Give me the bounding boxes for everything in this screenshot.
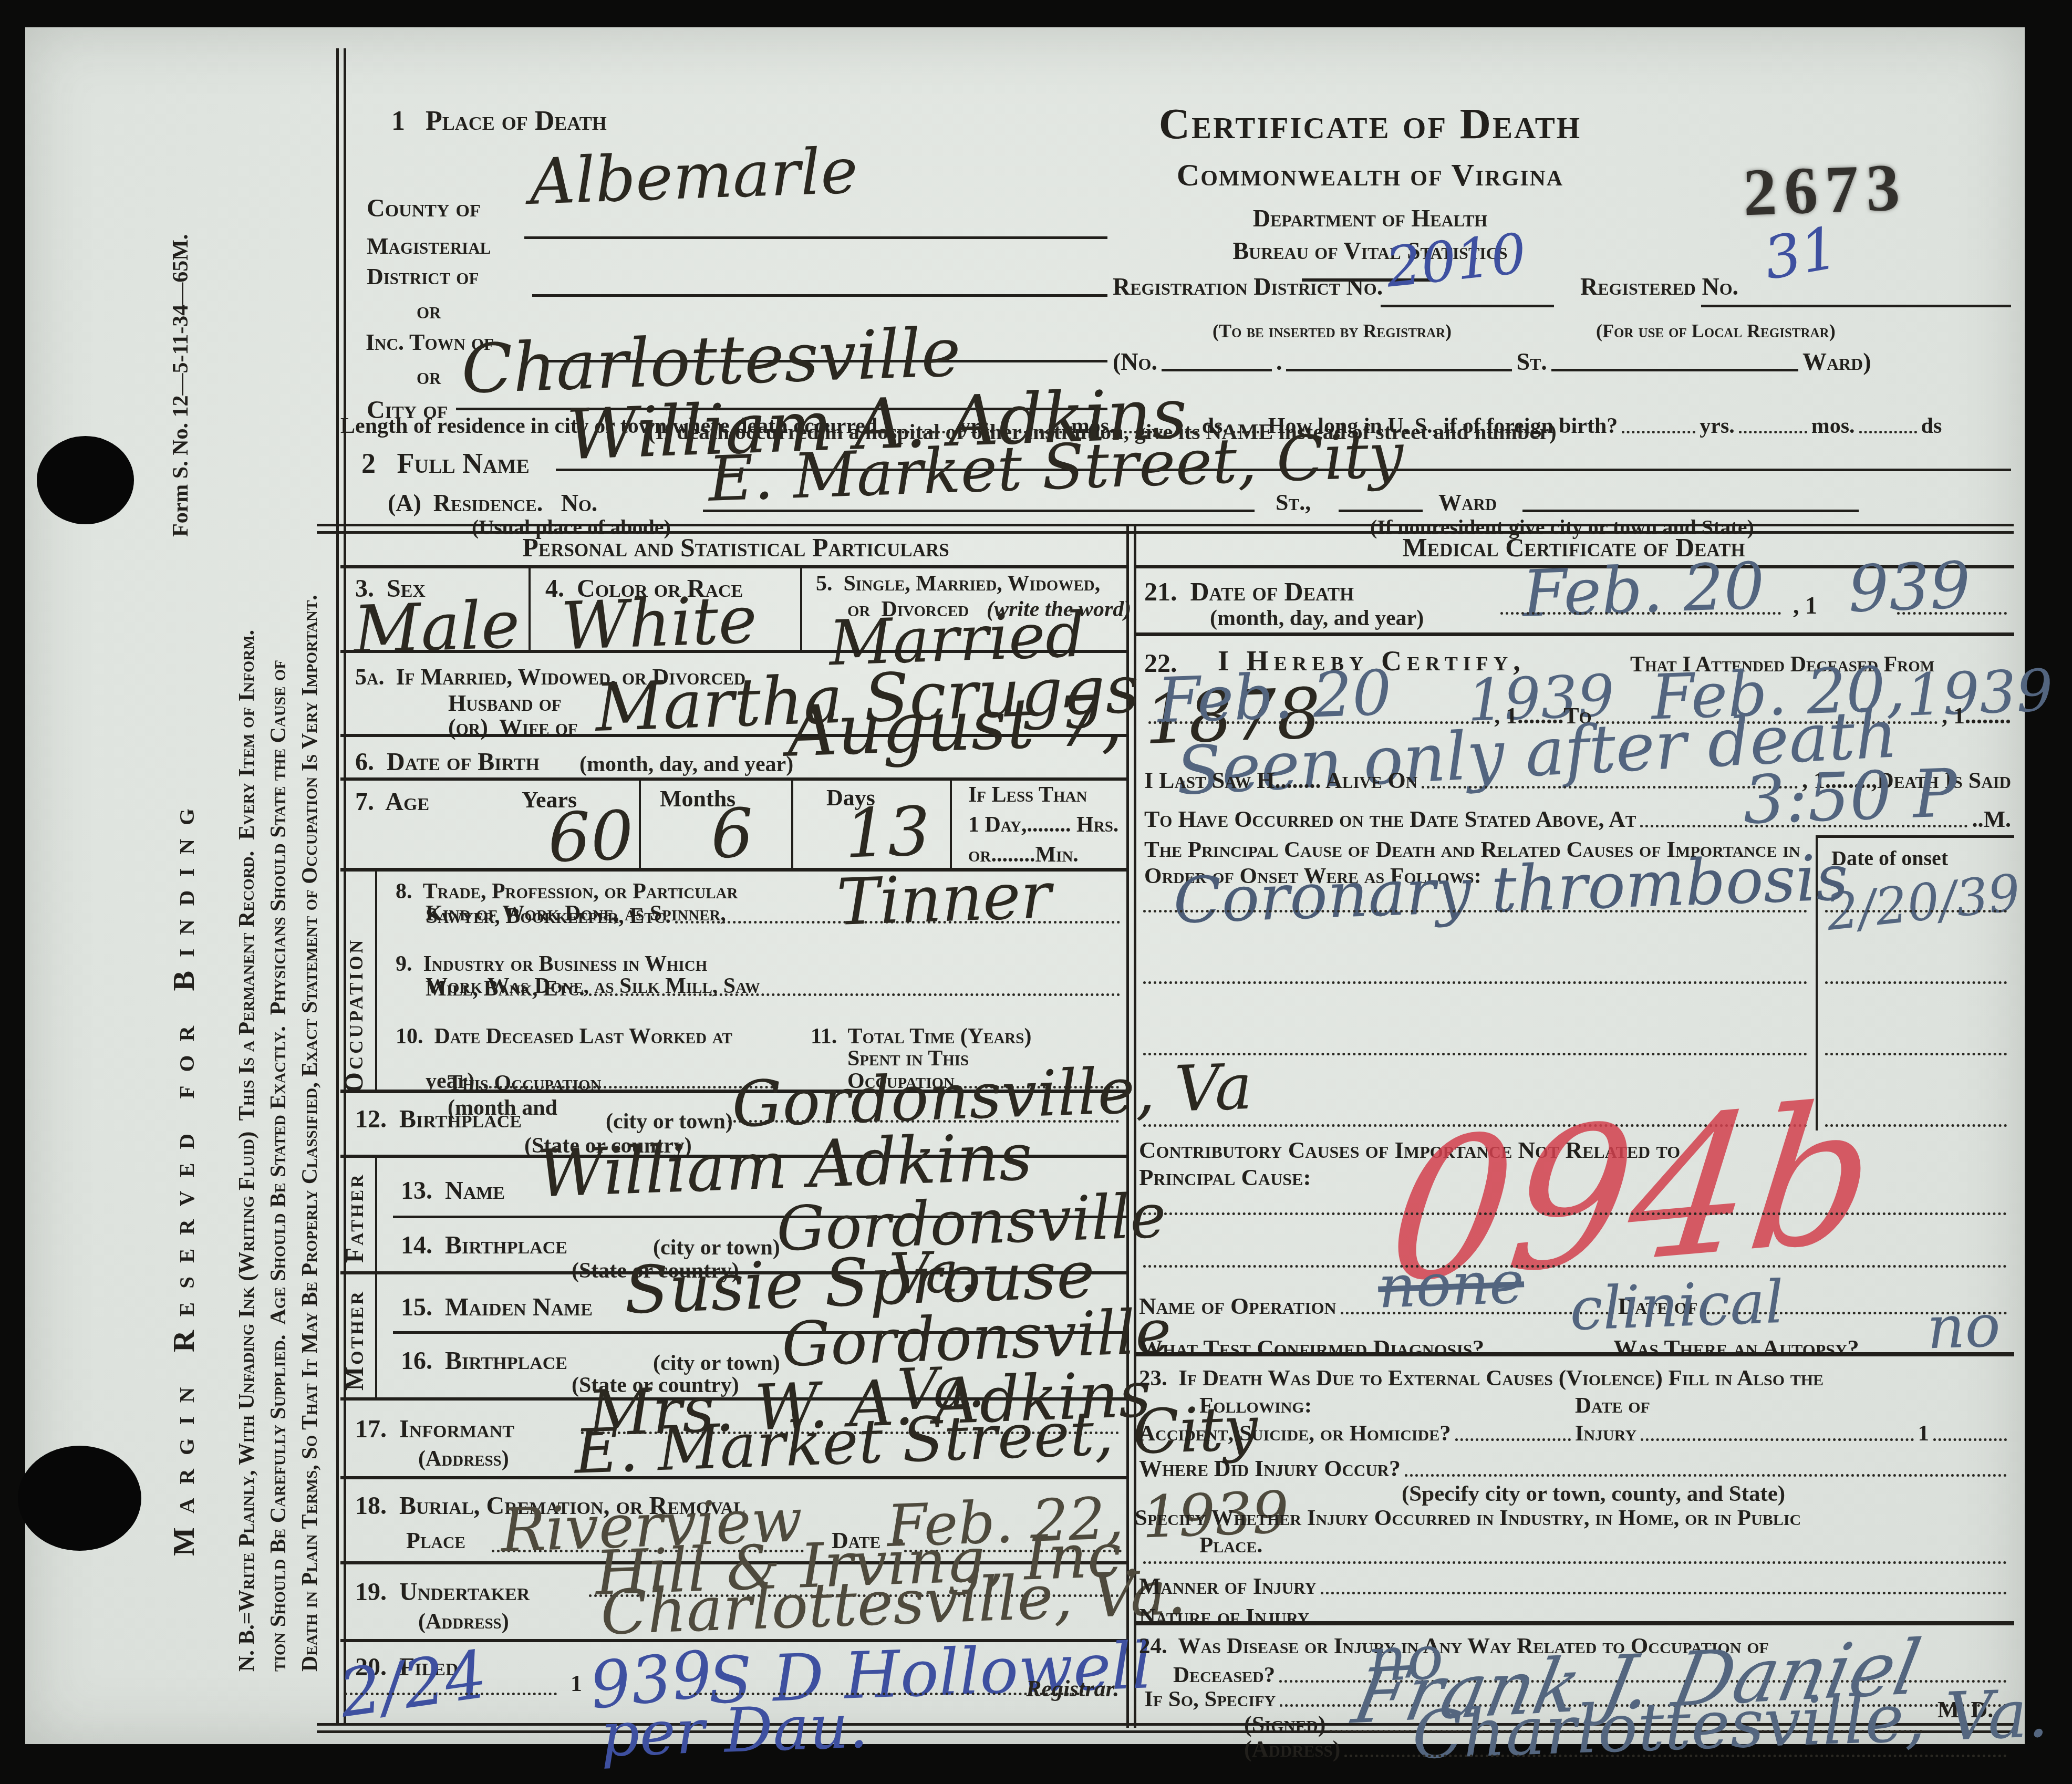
father-birthplace-label: 14. Birthplace [401,1231,567,1260]
or-label-2: or [417,364,441,389]
age-days-value: 13 [844,798,931,868]
date-of-onset-value: 2/20/39 [1824,867,2023,938]
father-name-label: 13. Name [401,1177,505,1205]
place-of-death-label: 1 Place of Death [391,106,607,137]
injury-year-prefix: 1 [1918,1420,1930,1446]
trade-label-1: 8. Trade, Profession, or Particular [396,879,738,904]
rule-under-autopsy [1134,1352,2014,1356]
injury-label: Injury [1575,1420,1636,1446]
yrs2-label: yrs. [1700,413,1735,439]
informant-label: 17. Informant [355,1415,514,1444]
informant-address-label: (Address) [418,1447,509,1471]
contrib-line-1 [1139,1208,2011,1220]
personal-title-rule [340,565,1126,568]
county-line [524,236,1107,239]
race-value: White [560,587,758,660]
onset-box-top-border [1816,835,2014,838]
totaltime-label-1: 11. Total Time (Years) [811,1024,1031,1049]
time-blank [1640,821,1967,827]
onset-blank-1 [1825,906,2007,912]
registration-district-value: 2010 [1383,226,1529,295]
industry-label-3: Mill, Bank, Etc. [426,976,585,1001]
age-label: 7. Age [355,788,429,816]
father-divider [375,1157,377,1271]
scanned-death-certificate: { "m": { "form_no": "Form S. No. 12—5-11… [0,0,2072,1784]
rule-under-dob [340,777,1126,781]
dod-year-prefix: , 1 [1793,592,1817,619]
manner-label: Manner of Injury [1139,1573,1317,1600]
filed-blank-row-1 [340,1688,561,1700]
last-saw-blank [1422,782,1798,789]
mother-name-label: 15. Maiden Name [401,1293,593,1322]
dod-blank-2 [1897,608,2007,615]
external-causes-label-1: 23. If Death Was Due to External Causes … [1139,1366,1824,1391]
deceased-label: Deceased? [1173,1662,1275,1688]
age-months-value: 6 [710,800,755,869]
ward2-line [1522,510,1859,512]
onset-line-2 [1821,977,2011,989]
nb-note-line1: N. B.=Write Plainly, With Unfading Ink (… [234,90,260,1672]
injury-year-blank [1933,1434,2007,1441]
birthplace-label: 12. Birthplace [355,1105,522,1134]
onset-line-1 [1821,906,2011,918]
per-dau-note: per Dau. [599,1696,869,1766]
age-years-value: 60 [547,802,635,873]
onset-blank-3 [1825,1049,2007,1055]
nb-note-line2: tion Should Be Carefully Supplied. Age S… [266,90,291,1672]
yrs2-blank [1622,427,1695,433]
race-marital-divider [800,568,802,650]
trade-value: Tinner [836,863,1052,935]
manner-blank [1321,1588,2007,1594]
date-of-death-label: 21. Date of Death [1144,577,1354,606]
rule-under-injury [1134,1621,2014,1625]
years-months-divider [639,780,641,868]
undertaker-label: 19. Undertaker [355,1578,530,1606]
st2-line [1339,510,1423,512]
operation-label: Name of Operation [1139,1292,1337,1320]
ifso-label: If So, Specify [1144,1686,1276,1712]
ward-label: Ward) [1802,348,1871,376]
registration-district-label: Registration District No. [1113,273,1383,300]
occupation-side-label: Occupation [338,872,369,1093]
ds2-blank [1859,427,1917,433]
punch-hole-top [37,436,134,524]
onset-line-3 [1821,1049,2011,1061]
contrib-blank-1 [1143,1208,2007,1215]
specify-injury-label-2: Place. [1199,1533,1262,1558]
industry-label-3-row: Mill, Bank, Etc. [426,976,1124,1001]
fullname-label: 2 Full Name [361,448,530,479]
ds2-label: ds [1921,413,1942,439]
sex-race-divider [529,568,531,650]
manner-row: Manner of Injury [1139,1573,2011,1600]
occupation-divider [375,870,377,1091]
filed-blank-2 [689,1688,1080,1695]
rule-under-informant [340,1476,1126,1479]
months-days-divider [791,780,793,868]
mother-birthplace-label: 16. Birthplace [401,1347,567,1375]
industry-blank [589,989,1120,996]
accident-row: Accident, Suicide, or Homicide? Injury 1 [1139,1420,2011,1446]
autopsy-label: Was There an Autopsy? [1613,1334,1859,1362]
county-value: Albemarle [529,140,859,214]
days-ifless-divider [950,780,952,868]
signed-label: (Signed) [1244,1711,1325,1738]
where-injury-label: Where Did Injury Occur? [1139,1455,1401,1482]
husband-of-label: Husband of [448,690,562,716]
specify-blank [1143,1557,2007,1564]
date-of-death-note: (month, day, and year) [1210,606,1424,631]
cause-line-3 [1139,1049,1811,1061]
county-label: County of [367,194,481,223]
marital-label-1: 5. Single, Married, Widowed, [816,572,1100,596]
magisterial-label: Magisterial [367,233,491,259]
lastworked-label-1: 10. Date Deceased Last Worked at [396,1024,732,1049]
signed-address-label: (Address) [1244,1736,1340,1762]
accident-blank [1455,1434,1571,1441]
registrar-label: Registrar. [1026,1676,1119,1702]
nb-note-line3: Death in Plain Terms, So That It May Be … [297,90,323,1672]
undertaker-address-label: (Address) [418,1610,509,1634]
registered-no-label: Registered No. [1580,273,1738,300]
specify-blank-row [1139,1557,2011,1569]
mother-side-label: Mother [340,1280,369,1391]
mos2-label: mos. [1811,413,1855,439]
st-line [1551,365,1798,371]
bureau-line: Bureau of Vital Statistics [1076,237,1664,265]
rule-under-dod [1134,632,2014,636]
date-of-injury-label-top: Date of [1575,1393,1650,1418]
test-label: What Test Confirmed Diagnosis? [1139,1334,1484,1362]
burial-place-label: Place [406,1528,465,1553]
margin-binding-note: Margin Reserved for Binding [166,553,201,1556]
st-label: St. [1516,348,1547,376]
rule-under-sex-row [340,650,1126,653]
no-line [1162,365,1272,371]
dob-label: 6. Date of Birth [355,748,540,776]
filed-date-value: 2/24 [336,1642,491,1727]
birthplace-blank [728,1116,1119,1123]
last-saw-label: I Last Saw H........ Alive On [1144,767,1417,794]
accident-label: Accident, Suicide, or Homicide? [1139,1420,1451,1446]
trade-label-3: Sawyer, Bookkeeper, Etc. [426,904,671,929]
to-year-prefix: , 1........ [1942,702,2011,729]
form-number: Form S. No. 12—5-11-34—65M. [168,75,193,537]
signed-address-blank [1344,1750,2007,1757]
where-injury-blank [1405,1470,2007,1477]
or-label-1: or [417,298,441,324]
filed-blank-1 [345,1688,557,1695]
certificate-paper: Form S. No. 12—5-11-34—65M. Margin Reser… [25,27,2025,1744]
mos2-blank [1739,427,1807,433]
date-of-onset-label: Date of onset [1831,847,1948,870]
district-line [532,294,1107,297]
test-value: clinical [1569,1273,1785,1339]
residence-label: (A) Residence. No. [388,490,597,517]
punch-hole-bottom [18,1446,141,1551]
commonwealth-subtitle: Commonwealth of Virgina [1076,158,1664,193]
address-row: (Address) [1244,1736,2011,1762]
dod-blank-row-1 [1496,608,1785,620]
registered-no-line [1701,305,2011,307]
residence-line [703,510,1255,512]
dod-blank-1 [1500,608,1781,615]
cause-line-2 [1139,977,1811,989]
st2-label: St., [1276,490,1311,515]
industry-label-1: 9. Industry or Business in Which [396,952,707,977]
contrib-line-2 [1139,1261,2011,1273]
onset-blank-2 [1825,977,2007,984]
nature-label: Nature of Injury [1139,1603,1309,1630]
m-label: ..M. [1972,806,2011,833]
occurred-row: To Have Occurred on the Date Stated Abov… [1144,806,2011,833]
street-line [1286,365,1512,371]
street-ward-row: (No. . St. Ward) [1113,348,2006,376]
certificate-title: Certificate of Death [1076,100,1664,148]
cause-blank-2 [1143,977,1807,984]
dob-note: (month, day, and year) [579,752,793,777]
registration-district-line [1381,305,1554,307]
cause-blank-3 [1143,1049,1807,1055]
district-label: District of [367,264,479,289]
no-period: . [1276,348,1282,376]
ifless-label-2: 1 Day,........ Hrs. [968,813,1118,837]
mother-divider [375,1273,377,1397]
personal-section-title: Personal and Statistical Particulars [348,533,1123,562]
local-registrar-note: (For use of Local Registrar) [1596,320,1836,341]
where-injury-note: (Specify city or town, county, and State… [1402,1481,1785,1507]
ifless-label-1: If Less Than [968,783,1087,807]
contrib-blank-2 [1143,1261,2007,1268]
filed-year-prefix: 1 [571,1671,582,1696]
test-row: What Test Confirmed Diagnosis? Was There… [1139,1334,2011,1362]
registered-no-value: 31 [1760,219,1842,288]
department-line: Department of Health [1076,205,1664,232]
external-causes-label-2: Following: [1199,1393,1312,1418]
contributory-label-2: Principal Cause: [1139,1164,1311,1190]
cause-blank-1 [1143,906,1807,912]
injury-date-blank [1641,1434,1913,1441]
cause-line-1 [1139,906,1811,918]
dod-blank-row-2 [1893,608,2011,620]
inserted-by-registrar-note: (To be inserted by Registrar) [1213,320,1452,341]
ward2-label: Ward [1438,490,1497,515]
father-side-label: Father [340,1163,369,1263]
occurred-label: To Have Occurred on the Date Stated Abov… [1144,806,1636,833]
where-injury-row: Where Did Injury Occur? [1139,1455,2011,1482]
no-label: (No. [1113,348,1157,376]
specify-injury-label-1: Specify Whether Injury Occurred in Indus… [1135,1506,1801,1531]
